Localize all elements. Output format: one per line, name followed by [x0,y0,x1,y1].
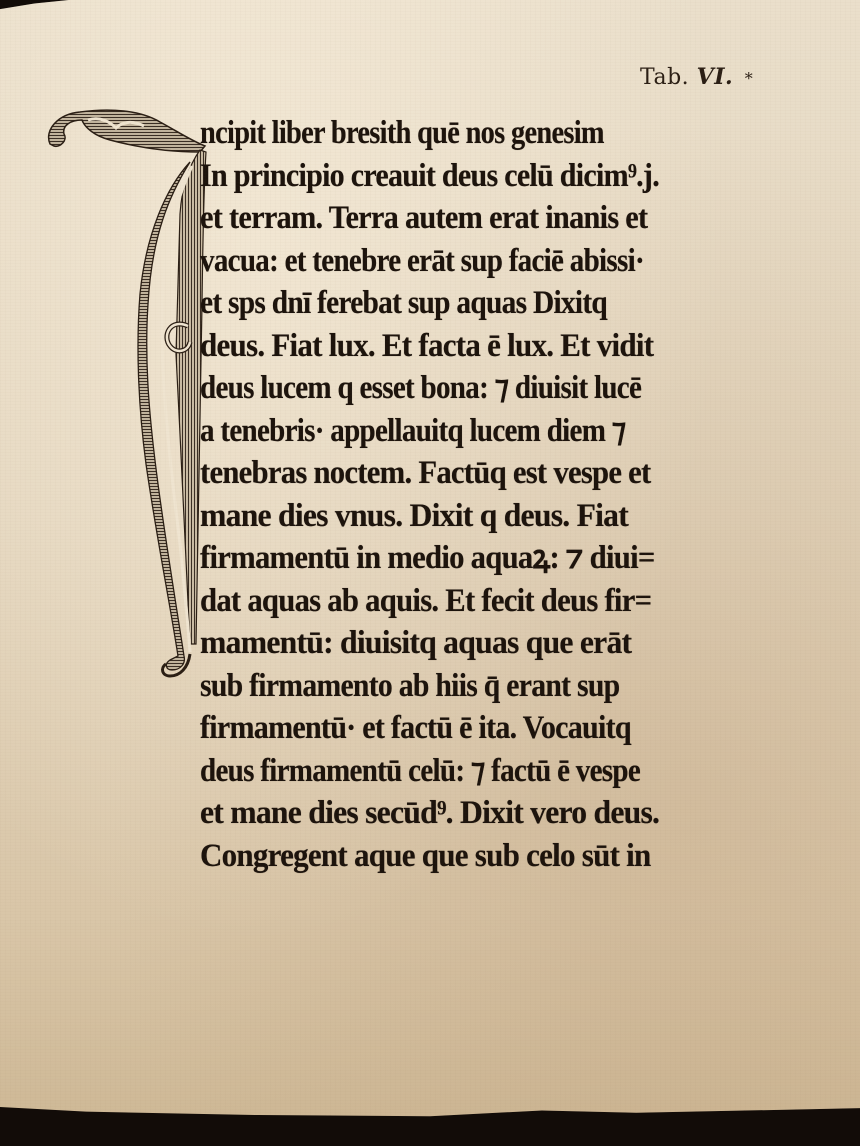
asterisk-mark: * [745,69,754,88]
text-line: et mane dies secūd⁹. Dixit vero deus. [200,792,718,835]
text-line: deus firmamentū celū: ⁊ factū ē vespe [200,750,675,793]
text-line: mane dies vnus. Dixit q deus. Fiat [200,495,718,538]
manuscript-page: Tab. VI. * ncipit liber b [0,0,860,1146]
plate-number: VI. [697,64,734,90]
plate-prefix: Tab. [640,65,689,90]
text-line: sub firmamento ab hiis q̄ erant sup [200,665,686,708]
decorated-initial-icon [40,104,220,684]
text-line: Congregent aque que sub celo sūt in [200,835,708,878]
text-line: dat aquas ab aquis. Et fecit deus fir= [200,580,702,623]
text-line: a tenebris· appellauitq lucem diem ⁊ [200,410,675,453]
scripture-text: ncipit liber bresith quē nos genesim In … [200,112,740,877]
text-line: et terram. Terra autem erat inanis et [200,197,697,240]
text-line: deus lucem q esset bona: ⁊ diuisit lucē [200,367,675,410]
text-line: firmamentū· et factū ē ita. Vocauitq [200,707,691,750]
text-line: mamentū: diuisitq aquas que erāt [200,622,718,665]
text-line: firmamentū in medio aquaꝝ: ⁊ diui= [200,537,702,580]
text-line: vacua: et tenebre erāt sup faciē abissi· [200,240,675,283]
text-line: In principio creauit deus celū dicim⁹.j. [200,155,691,198]
text-line: ncipit liber bresith quē nos genesim [200,112,664,155]
plate-label: Tab. VI. * [640,64,753,90]
text-line: deus. Fiat lux. Et facta ē lux. Et vidit [200,325,708,368]
text-line: tenebras noctem. Factūq est vespe et [200,452,702,495]
text-line: et sps dnī ferebat sup aquas Dixitq [200,282,681,325]
